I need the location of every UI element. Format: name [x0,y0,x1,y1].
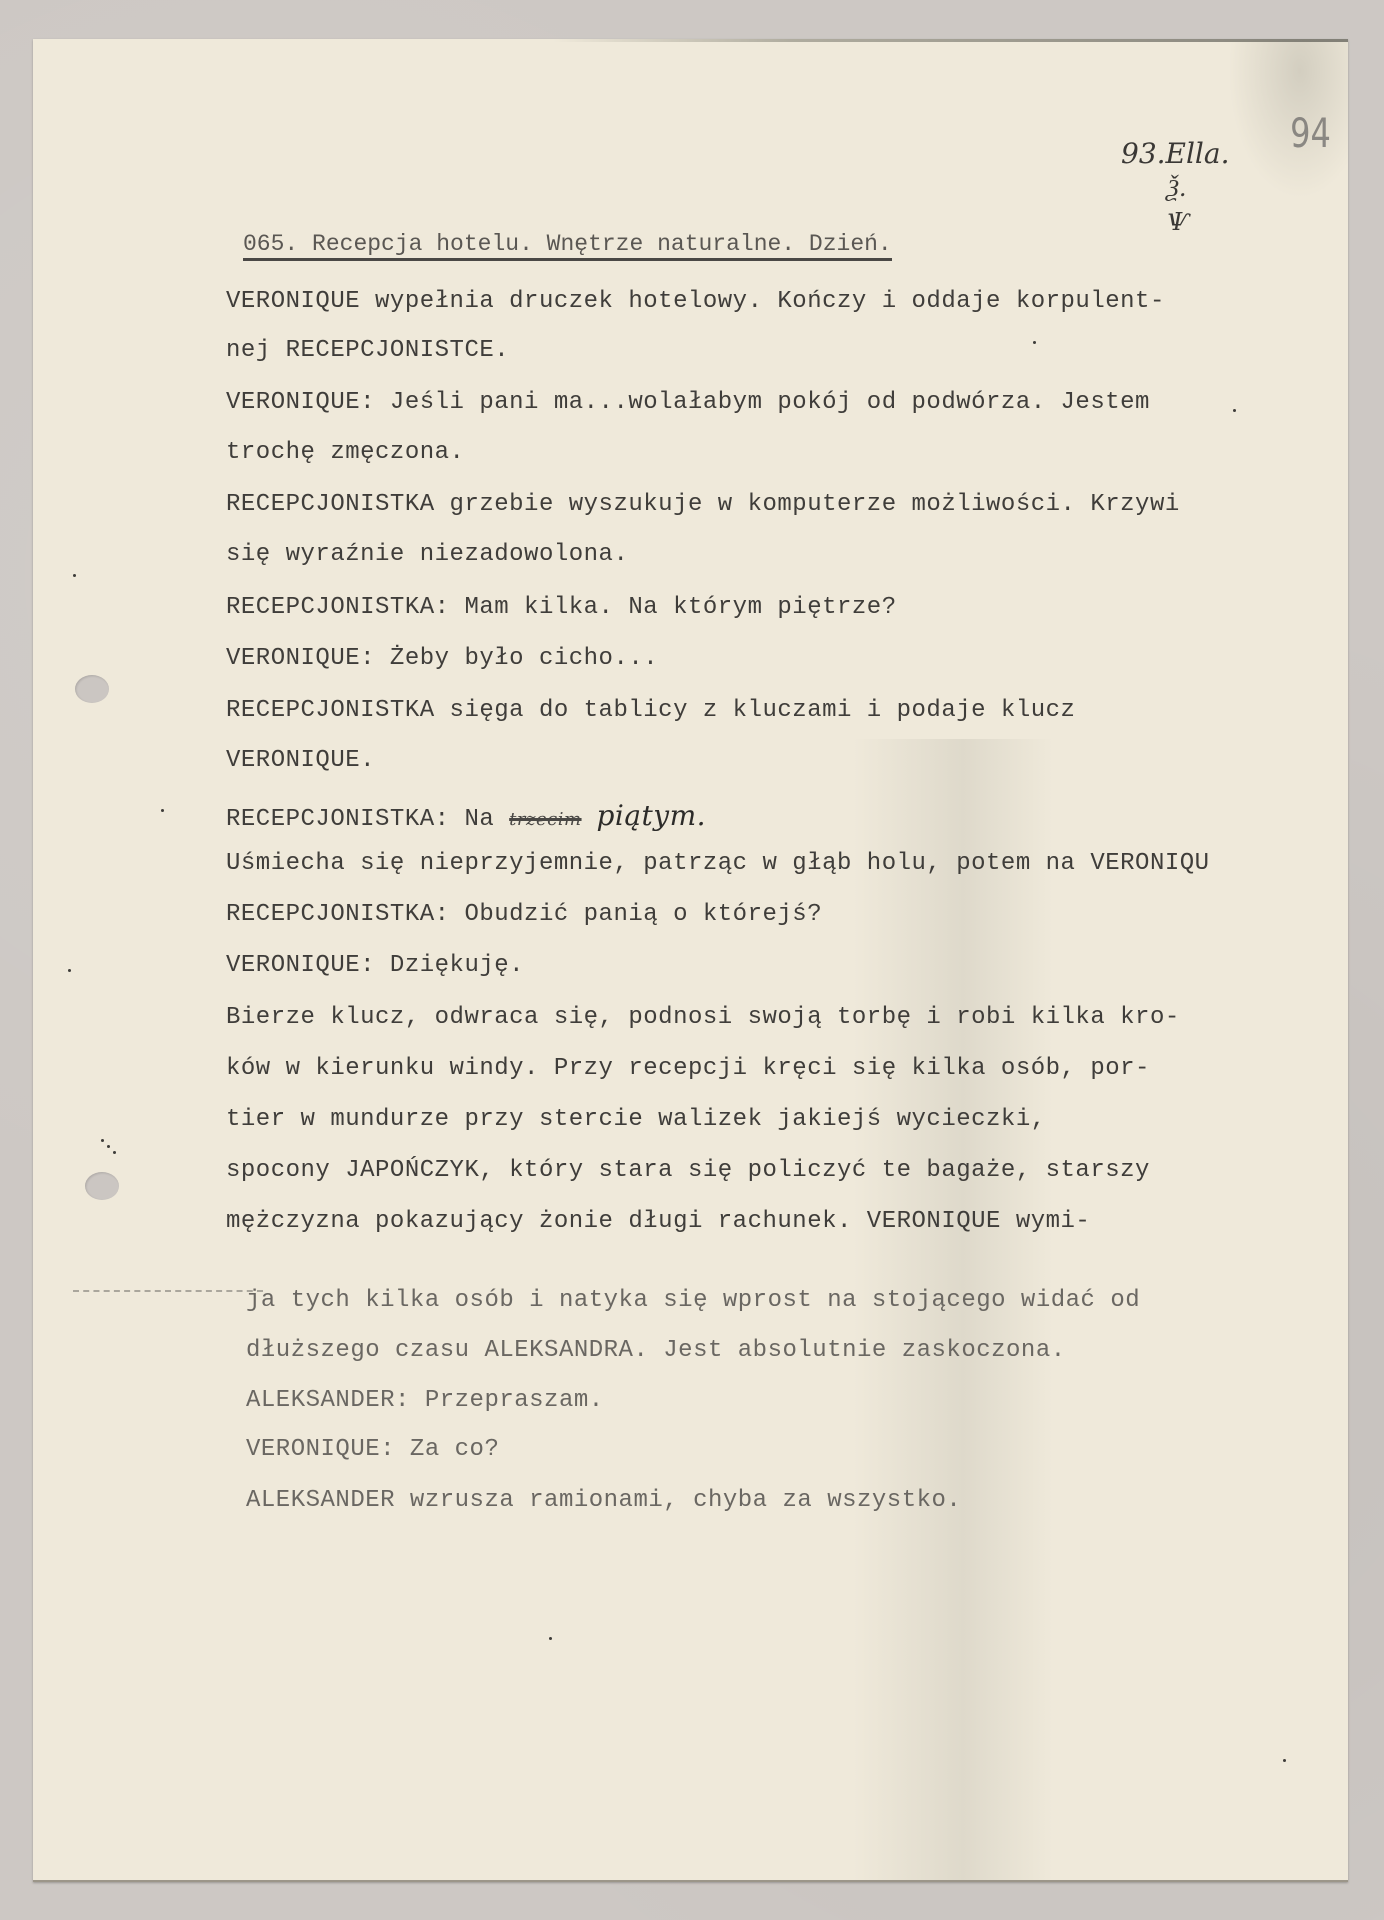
script-line: VERONIQUE: Dziękuję. [226,952,524,979]
paper-speck [1233,409,1236,412]
punch-hole-upper [75,675,109,703]
scene-title: Recepcja hotelu. Wnętrze naturalne. Dzie… [312,231,892,257]
archive-mark-line3: Ѱ [1167,205,1229,239]
paper-speck [101,1139,104,1142]
archive-mark-line1: Ella. [1166,137,1230,170]
handwritten-correction: piątym. [596,799,706,832]
typescript-page: 94 93.Ella. Ѯ. Ѱ 065. Recepcja hotelu. W… [33,39,1348,1882]
correction-line-prefix: RECEPCJONISTKA: Na [226,806,494,833]
script-line: ALEKSANDER wzrusza ramionami, chyba za w… [246,1487,961,1514]
archive-mark-line2: Ѯ. [1167,171,1229,205]
script-line: RECEPCJONISTKA sięga do tablicy z klucza… [226,697,1075,724]
script-line: trochę zmęczona. [226,439,464,466]
script-line: VERONIQUE: Jeśli pani ma...wolałabym pok… [226,389,1150,416]
script-line: tier w mundurze przy stercie walizek jak… [226,1106,1046,1133]
script-line: ALEKSANDER: Przepraszam. [246,1387,604,1414]
script-line: dłuższego czasu ALEKSANDRA. Jest absolut… [246,1337,1066,1364]
paper-speck [161,809,164,812]
script-line: Bierze klucz, odwraca się, podnosi swoją… [226,1004,1180,1031]
scene-heading: 065. Recepcja hotelu. Wnętrze naturalne.… [243,231,892,261]
struck-out-word: trzecim [509,809,581,830]
dotted-margin-rule [73,1290,263,1292]
script-line: RECEPCJONISTKA: Mam kilka. Na którym pię… [226,594,897,621]
paper-speck [1033,341,1036,344]
script-line: Uśmiecha się nieprzyjemnie, patrząc w gł… [226,850,1210,877]
script-line: RECEPCJONISTKA: Obudzić panią o którejś? [226,901,822,928]
script-line: ja tych kilka osób i natyka się wprost n… [246,1287,1140,1314]
page-number-pencil: 94 [1290,111,1331,157]
paper-speck [1283,1759,1286,1762]
archive-mark-number: 93. [1121,137,1166,170]
paper-speck [107,1145,110,1148]
script-line: się wyraźnie niezadowolona. [226,541,628,568]
paper-speck [113,1151,116,1154]
paper-speck [68,969,71,972]
punch-hole-lower [85,1172,119,1200]
script-line: VERONIQUE: Żeby było cicho... [226,645,658,672]
script-line: spocony JAPOŃCZYK, który stara się polic… [226,1157,1150,1184]
script-line: mężczyzna pokazujący żonie długi rachune… [226,1208,1090,1235]
script-line: RECEPCJONISTKA grzebie wyszukuje w kompu… [226,491,1180,518]
archive-handwritten-mark: 93.Ella. Ѯ. Ѱ [1121,137,1229,239]
paper-speck [73,574,76,577]
script-line: VERONIQUE wypełnia druczek hotelowy. Koń… [226,288,1165,315]
photocopy-edge-line [553,39,1348,42]
script-line: VERONIQUE. [226,747,375,774]
script-line: VERONIQUE: Za co? [246,1436,499,1463]
scene-number: 065. [243,231,298,257]
script-line-corrected: RECEPCJONISTKA: Na trzecim piątym. [226,799,706,833]
paper-speck [549,1637,552,1640]
script-line: ków w kierunku windy. Przy recepcji kręc… [226,1055,1150,1082]
script-line: nej RECEPCJONISTCE. [226,337,509,364]
